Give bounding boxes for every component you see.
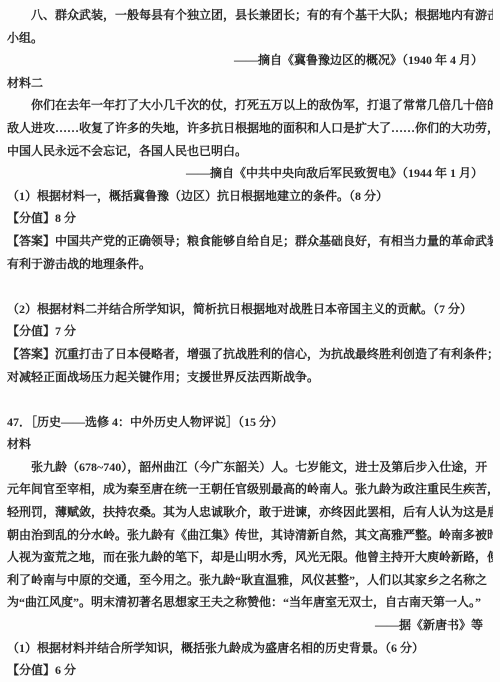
material2-line-1: 你们在去年一年打了大小几千次的仗，打死五万以上的敌伪军，打退了常常几倍几十倍的 xyxy=(7,94,493,117)
question-47-1-score: 【分值】6 分 xyxy=(7,659,493,682)
material2-line-2: 敌人进攻……收复了许多的失地，许多抗日根据地的面积和人口是扩大了……你们的大功劳… xyxy=(7,117,493,140)
question-46-1: （1）根据材料一，概括冀鲁豫（边区）抗日根据地建立的条件。（8 分） xyxy=(7,185,493,208)
material-47-line-3: 轻刑罚，薄赋敛，扶持农桑。其为人忠诚耿介，敢于进谏，亦终因此罢相，后有人认为这是… xyxy=(7,501,493,524)
material2-heading: 材料二 xyxy=(7,72,493,95)
question-46-2-score: 【分值】7 分 xyxy=(7,320,493,343)
material1-line-1: 八、群众武装，一般每县有个独立团，县长兼团长；有的有个基干大队；根据地内有游击 xyxy=(7,4,493,27)
material1-line-2: 小组。 xyxy=(7,27,493,50)
answer-46-1-line-1: 【答案】中国共产党的正确领导；粮食能够自给自足；群众基础良好，有相当力量的革命武… xyxy=(7,230,493,253)
material-47-citation: ——据《新唐书》等 xyxy=(7,614,493,637)
answer-46-1-line-2: 有利于游击战的地理条件。 xyxy=(7,253,493,276)
material1-citation: ——摘自《冀鲁豫边区的概况》（1940 年 4 月） xyxy=(7,49,493,72)
material-47-heading: 材料 xyxy=(7,433,493,456)
question-47-title: 47．［历史——选修 4：中外历史人物评说］（15 分） xyxy=(7,411,493,434)
material-47-line-1: 张九龄（678~740），韶州曲江（今广东韶关）人。七岁能文，进士及第后步入仕途… xyxy=(7,456,493,479)
answer-46-2-line-2: 对减轻正面战场压力起关键作用；支援世界反法西斯战争。 xyxy=(7,366,493,389)
material2-citation: ——摘自《中共中央向敌后军民致贺电》（1944 年 1 月） xyxy=(7,162,493,185)
material-47-line-2: 元年间官至宰相，成为秦至唐在统一王朝任官级别最高的岭南人。张九龄为政注重民生疾苦… xyxy=(7,478,493,501)
blank-line xyxy=(7,275,493,298)
material-47-line-4: 朝由治到乱的分水岭。张九龄有《曲江集》传世，其诗清新自然，其文高雅严整。岭南多被… xyxy=(7,524,493,547)
document-page: 八、群众武装，一般每县有个独立团，县长兼团长；有的有个基干大队；根据地内有游击 … xyxy=(0,0,500,682)
question-47-1: （1）根据材料并结合所学知识，概括张九龄成为盛唐名相的历史背景。（6 分） xyxy=(7,637,493,660)
question-46-2: （2）根据材料二并结合所学知识，简析抗日根据地对战胜日本帝国主义的贡献。（7 分… xyxy=(7,298,493,321)
material-47-line-6: 利了岭南与中原的交通，至今用之。张九龄“耿直温雅，风仪甚整”，人们以其家乡之名称… xyxy=(7,569,493,592)
question-46-1-score: 【分值】8 分 xyxy=(7,207,493,230)
blank-line xyxy=(7,388,493,411)
material-47-line-7: 为“曲江风度”。明末清初著名思想家王夫之称赞他：“当年唐室无双士，自古南天第一人… xyxy=(7,591,493,614)
material2-line-3: 中国人民永远不会忘记，各国人民也已明白。 xyxy=(7,140,493,163)
answer-46-2-line-1: 【答案】沉重打击了日本侵略者，增强了抗战胜利的信心，为抗战最终胜利创造了有利条件… xyxy=(7,343,493,366)
material-47-line-5: 人视为蛮荒之地，而在张九龄的笔下，却是山明水秀，风光无限。他曾主持开大庾岭新路，… xyxy=(7,546,493,569)
